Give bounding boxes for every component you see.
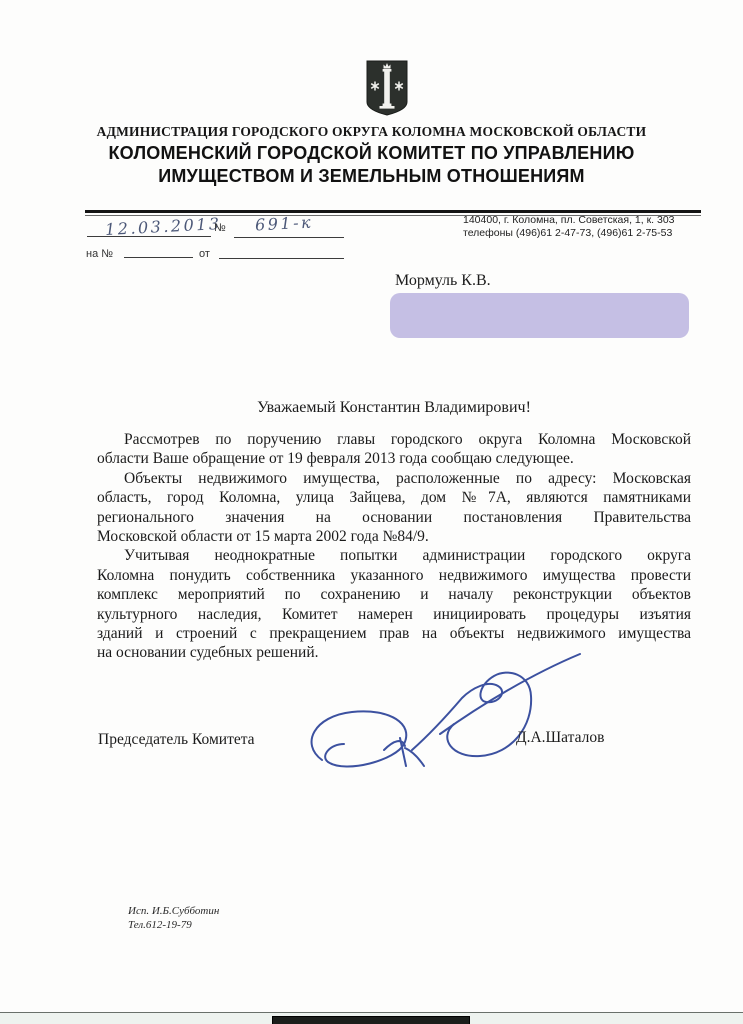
- scanner-edge-bar: [272, 1016, 470, 1024]
- body-line: регионального значения на основании пост…: [97, 508, 691, 527]
- recipient-name: Мормуль К.В.: [395, 272, 491, 290]
- salutation: Уважаемый Константин Владимирович!: [97, 399, 691, 417]
- reply-number-underline: [124, 243, 193, 258]
- org-name-line1: АДМИНИСТРАЦИЯ ГОРОДСКОГО ОКРУГА КОЛОМНА …: [0, 124, 743, 140]
- executor-phone: Тел.612-19-79: [128, 919, 219, 933]
- body-line: Коломна понудить собственника указанного…: [97, 566, 691, 585]
- reply-to-label: на №: [86, 248, 113, 260]
- scanned-letter-page: АДМИНИСТРАЦИЯ ГОРОДСКОГО ОКРУГА КОЛОМНА …: [0, 0, 743, 1024]
- executor-name: Исп. И.Б.Субботин: [128, 905, 219, 919]
- handwritten-signature: [300, 640, 620, 800]
- org-address-line: 140400, г. Коломна, пл. Советская, 1, к.…: [463, 214, 713, 227]
- signer-position-title: Председатель Комитета: [98, 731, 255, 749]
- body-line: культурного наследия, Комитет намерен ин…: [97, 605, 691, 624]
- number-label: №: [214, 222, 226, 234]
- body-line: Рассмотрев по поручению главы городского…: [97, 430, 691, 449]
- kolomna-coat-of-arms-icon: [366, 60, 408, 116]
- reply-from-label: от: [199, 248, 210, 260]
- body-line: Объекты недвижимого имущества, расположе…: [97, 469, 691, 488]
- body-line: Московской области от 15 марта 2002 года…: [97, 527, 691, 546]
- date-underline: [87, 222, 211, 237]
- number-underline: [234, 223, 344, 238]
- body-line: Учитывая неоднократные попытки администр…: [97, 546, 691, 565]
- body-line: комплекс мероприятий по сохранению и нач…: [97, 585, 691, 604]
- org-name-line3: ИМУЩЕСТВОМ И ЗЕМЕЛЬНЫМ ОТНОШЕНИЯМ: [0, 166, 743, 187]
- letter-body: Рассмотрев по поручению главы городского…: [97, 430, 691, 663]
- signer-name: Д.А.Шаталов: [516, 729, 604, 747]
- body-line: область, город Коломна, улица Зайцева, д…: [97, 488, 691, 507]
- org-name-line2: КОЛОМЕНСКИЙ ГОРОДСКОЙ КОМИТЕТ ПО УПРАВЛЕ…: [0, 143, 743, 164]
- reply-date-underline: [219, 244, 344, 259]
- executor-block: Исп. И.Б.Субботин Тел.612-19-79: [128, 905, 219, 932]
- body-line: области Ваше обращение от 19 февраля 201…: [97, 449, 691, 468]
- recipient-address-redaction: [390, 293, 689, 338]
- org-address-block: 140400, г. Коломна, пл. Советская, 1, к.…: [463, 214, 713, 240]
- org-phones-line: телефоны (496)61 2-47-73, (496)61 2-75-5…: [463, 227, 713, 240]
